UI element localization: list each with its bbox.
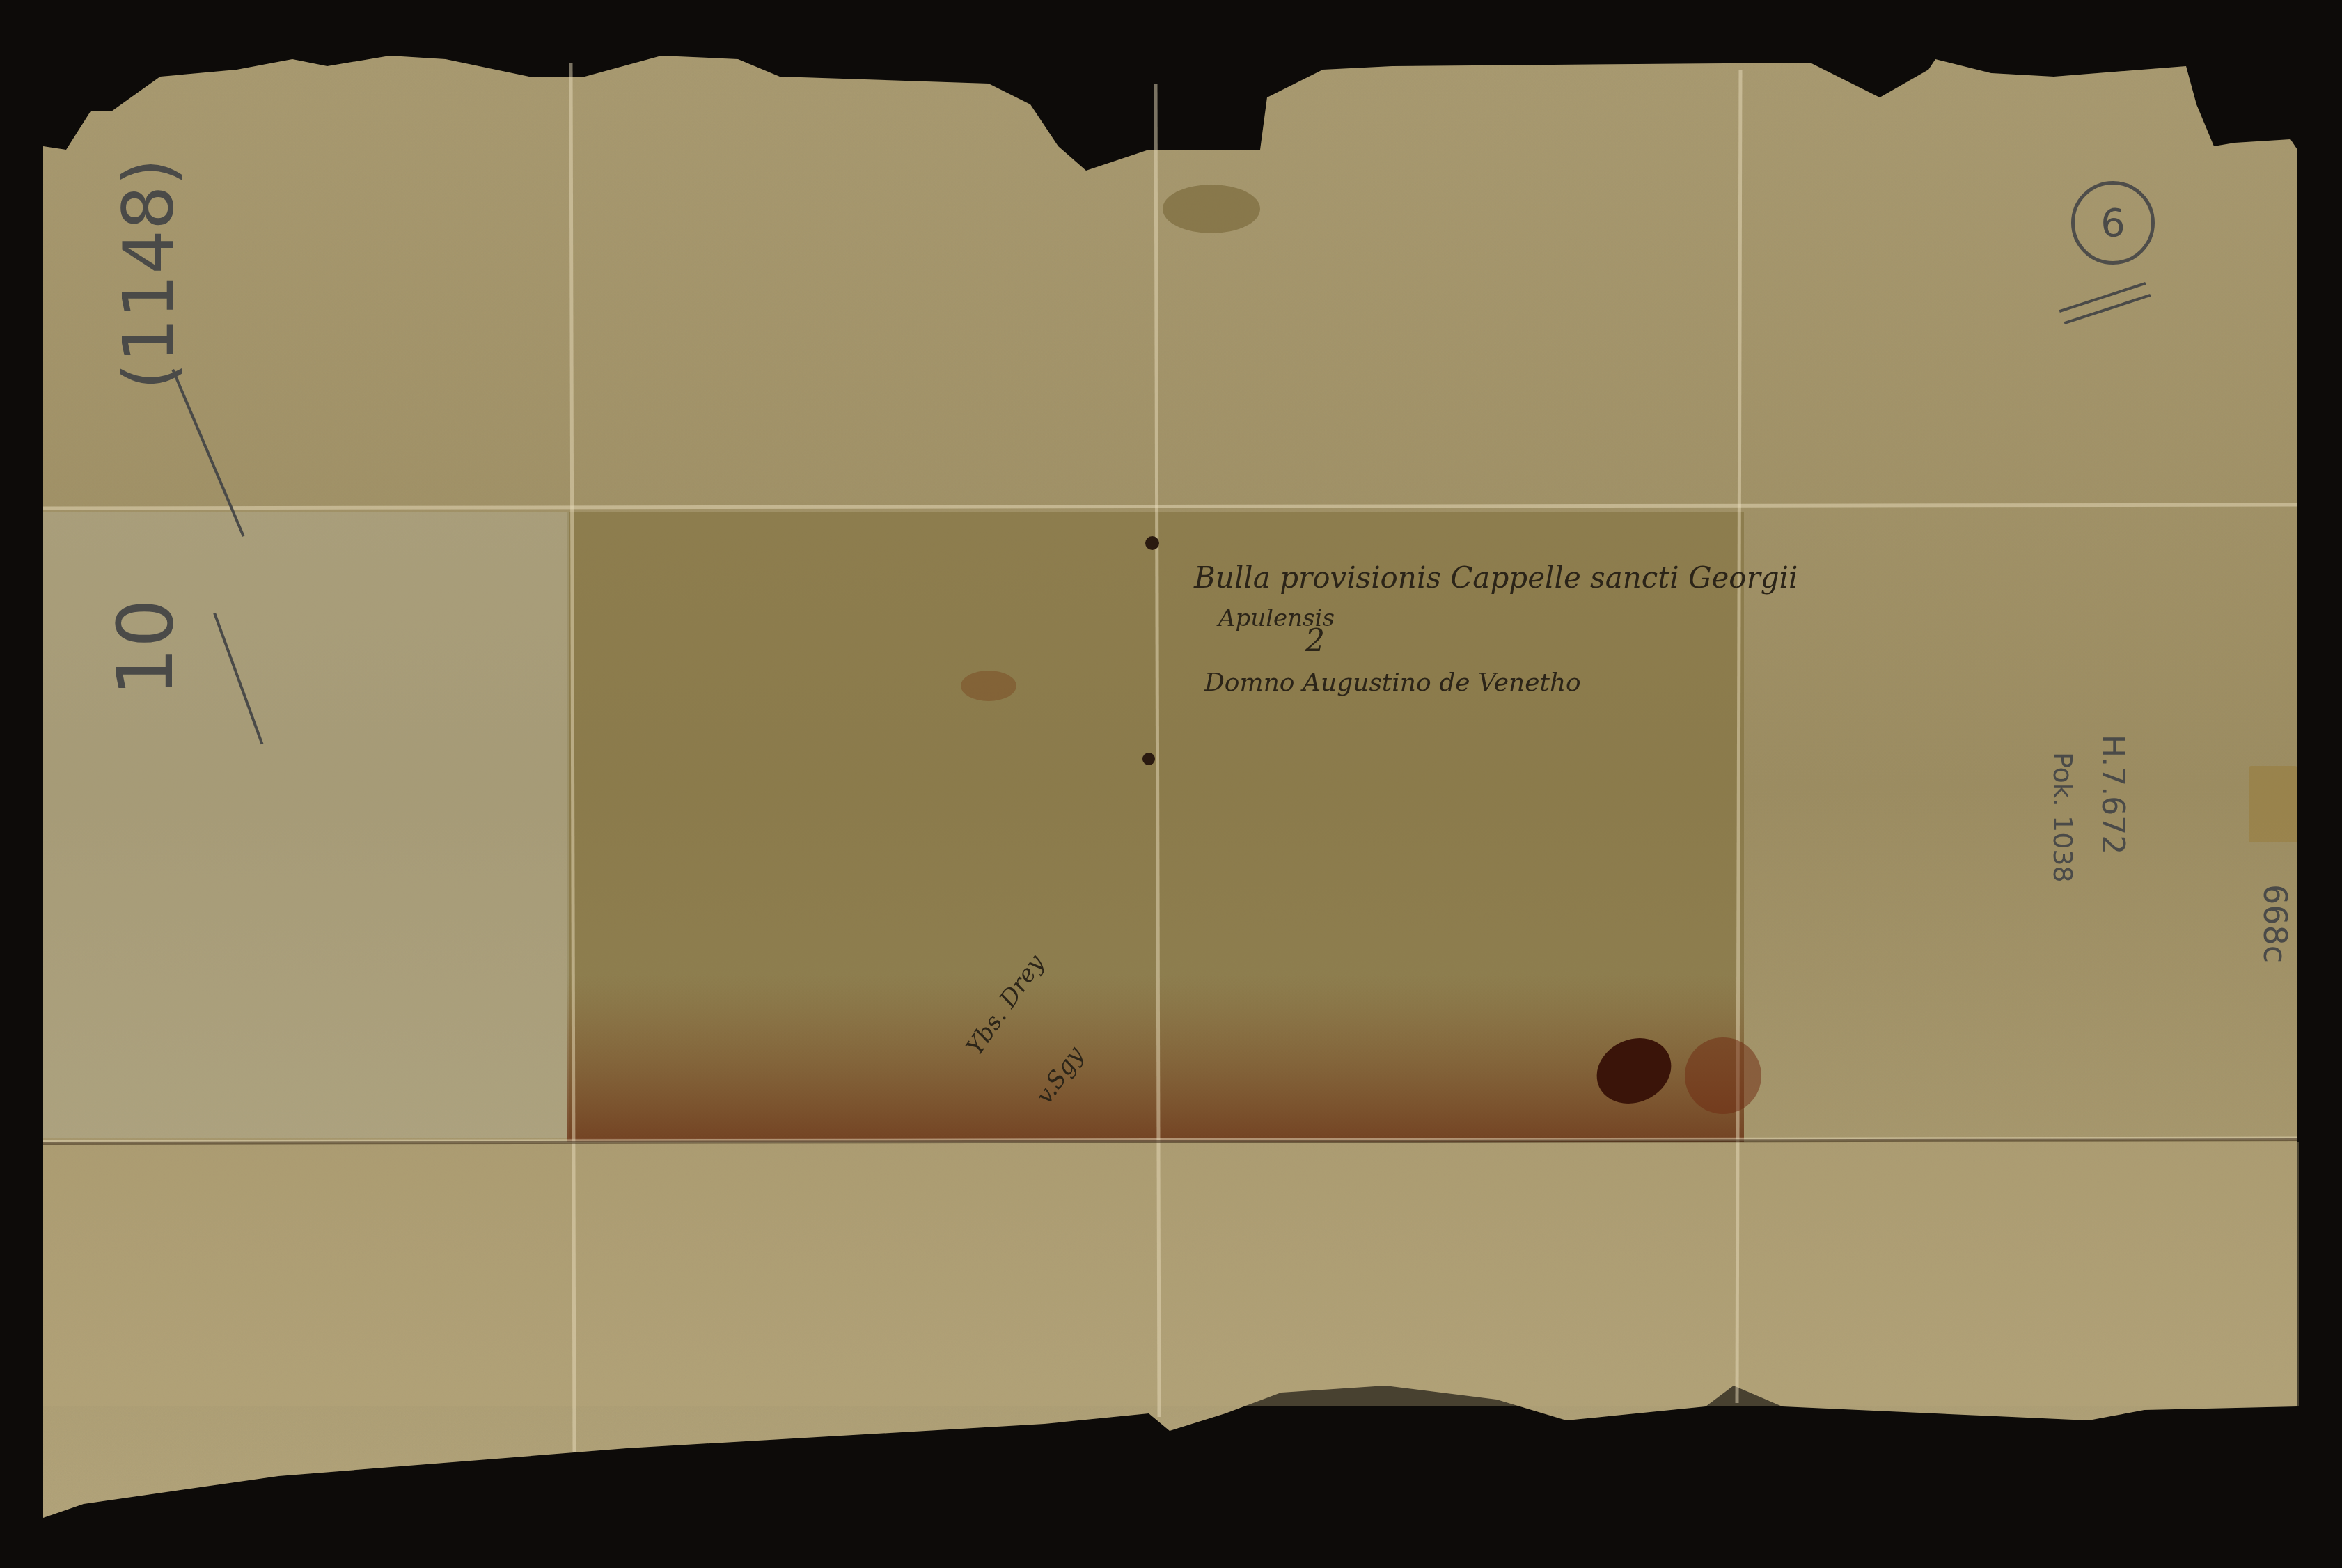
parchment-sheet: [0, 0, 2342, 1568]
document-photo: Bulla provisionis Cappelle sancti Georgi…: [0, 0, 2342, 1568]
tape-residue: [2249, 766, 2297, 842]
circled-folio-number: 6: [2071, 181, 2155, 265]
archive-number-1148: (1148): [108, 158, 189, 390]
shelfmark-h: H.7.672: [2095, 735, 2130, 854]
edge-number: 668c: [2256, 884, 2294, 963]
seal-stain-halo: [1685, 1037, 1761, 1114]
shelfmark-pok: Pok. 1038: [2048, 752, 2078, 883]
circled-number: 6: [2100, 201, 2125, 246]
endorsement-line-3: Domno Augustino de Venetho: [1204, 668, 1581, 697]
archive-number-10: 10: [101, 599, 190, 696]
endorsement-mark: 2: [1305, 623, 1325, 659]
endorsement-line-1: Bulla provisionis Cappelle sancti Georgi…: [1194, 560, 1798, 595]
